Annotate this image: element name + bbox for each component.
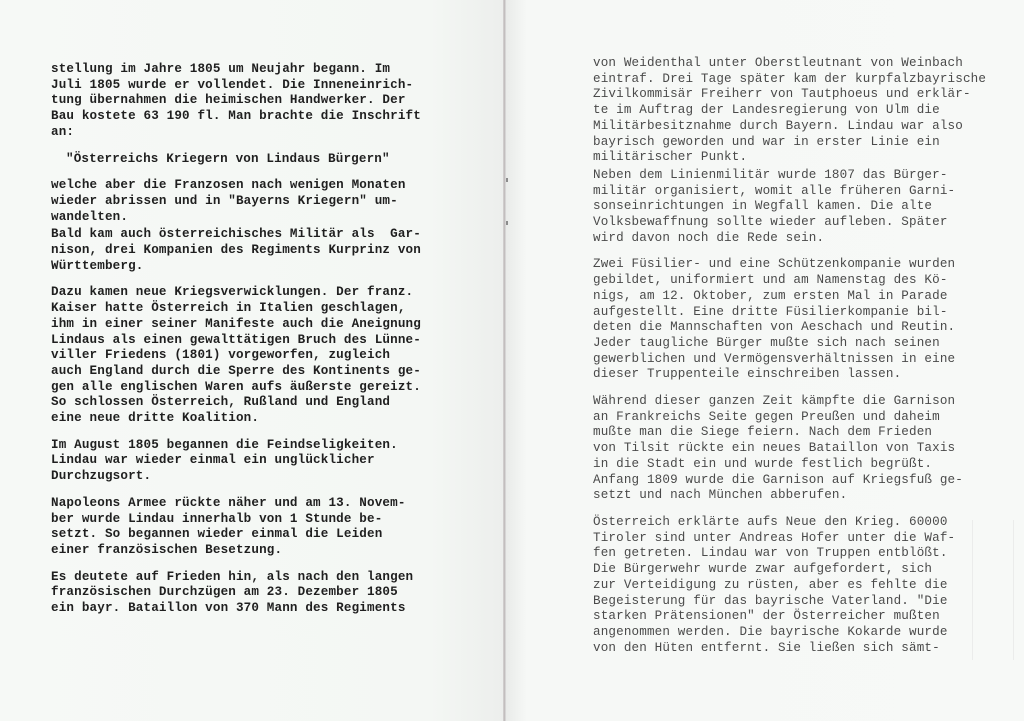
text-line: gebildet, uniformiert und am Namenstag d… [593, 273, 986, 289]
text-line: deten die Mannschaften von Aeschach und … [593, 320, 986, 336]
left-page-text: stellung im Jahre 1805 um Neujahr begann… [51, 62, 421, 628]
text-line: mußte man die Siege feiern. Nach dem Fri… [593, 425, 986, 441]
text-line: setzt und nach München abberufen. [593, 488, 986, 504]
text-line: tung übernahmen die heimischen Handwerke… [51, 93, 421, 109]
staple-mark [506, 221, 508, 225]
text-line: ihm in einer seiner Manifeste auch die A… [51, 317, 421, 333]
text-line: gen alle englischen Waren aufs äußerste … [51, 380, 421, 396]
text-line: Juli 1805 wurde er vollendet. Die Innene… [51, 78, 421, 94]
text-line: Es deutete auf Frieden hin, als nach den… [51, 570, 421, 586]
paragraph: Napoleons Armee rückte näher und am 13. … [51, 496, 421, 559]
text-line: Anfang 1809 wurde die Garnison auf Krieg… [593, 473, 986, 489]
paragraph: Zwei Füsilier- und eine Schützenkompanie… [593, 257, 986, 383]
text-line: gewerblichen und Vermögensverhältnissen … [593, 352, 986, 368]
paragraph: welche aber die Franzosen nach wenigen M… [51, 178, 421, 225]
paragraph: Neben dem Linienmilitär wurde 1807 das B… [593, 168, 986, 247]
text-line: starken Prätensionen" der Österreicher m… [593, 609, 986, 625]
text-line: Zivilkommisär Freiherr von Tautphoeus un… [593, 87, 986, 103]
text-line: wieder abrissen und in "Bayerns Kriegern… [51, 194, 421, 210]
text-line: wird davon noch die Rede sein. [593, 231, 986, 247]
text-line: wandelten. [51, 210, 421, 226]
paragraph: Es deutete auf Frieden hin, als nach den… [51, 570, 421, 617]
text-line: von den Hüten entfernt. Sie ließen sich … [593, 641, 986, 657]
text-line: Österreich erklärte aufs Neue den Krieg.… [593, 515, 986, 531]
text-line: Kaiser hatte Österreich in Italien gesch… [51, 301, 421, 317]
text-line: nison, drei Kompanien des Regiments Kurp… [51, 243, 421, 259]
text-line: Zwei Füsilier- und eine Schützenkompanie… [593, 257, 986, 273]
text-line: eintraf. Drei Tage später kam der kurpfa… [593, 72, 986, 88]
text-line: ein bayr. Bataillon von 370 Mann des Reg… [51, 601, 421, 617]
text-line: Bald kam auch österreichisches Militär a… [51, 227, 421, 243]
text-line: Neben dem Linienmilitär wurde 1807 das B… [593, 168, 986, 184]
text-line: welche aber die Franzosen nach wenigen M… [51, 178, 421, 194]
text-line: Volksbewaffnung sollte wieder aufleben. … [593, 215, 986, 231]
text-line: in die Stadt ein und wurde festlich begr… [593, 457, 986, 473]
staple-mark [506, 178, 508, 182]
text-line: französischen Durchzügen am 23. Dezember… [51, 585, 421, 601]
paragraph: Österreich erklärte aufs Neue den Krieg.… [593, 515, 986, 656]
text-line: Lindaus als einen gewalttätigen Bruch de… [51, 333, 421, 349]
text-line: angenommen werden. Die bayrische Kokarde… [593, 625, 986, 641]
text-line: einer französischen Besetzung. [51, 543, 421, 559]
text-line: militärischer Punkt. [593, 150, 986, 166]
paragraph: von Weidenthal unter Oberstleutnant von … [593, 56, 986, 166]
text-line: Dazu kamen neue Kriegsverwicklungen. Der… [51, 285, 421, 301]
text-line: Begeisterung für das bayrische Vaterland… [593, 594, 986, 610]
text-line: Bau kostete 63 190 fl. Man brachte die I… [51, 109, 421, 125]
text-line: eine neue dritte Koalition. [51, 411, 421, 427]
text-line: Im August 1805 begannen die Feindseligke… [51, 438, 421, 454]
text-line: auch England durch die Sperre des Kontin… [51, 364, 421, 380]
text-line: dieser Truppenteile einschreiben lassen. [593, 367, 986, 383]
paragraph: stellung im Jahre 1805 um Neujahr begann… [51, 62, 421, 141]
text-line: sonseinrichtungen in Wegfall kamen. Die … [593, 199, 986, 215]
paragraph: Dazu kamen neue Kriegsverwicklungen. Der… [51, 285, 421, 426]
text-line: Napoleons Armee rückte näher und am 13. … [51, 496, 421, 512]
text-line: Jeder taugliche Bürger mußte sich nach s… [593, 336, 986, 352]
text-line: Während dieser ganzen Zeit kämpfte die G… [593, 394, 986, 410]
text-line: nigs, am 12. Oktober, zum ersten Mal in … [593, 289, 986, 305]
text-line: Militärbesitznahme durch Bayern. Lindau … [593, 119, 986, 135]
text-line: stellung im Jahre 1805 um Neujahr begann… [51, 62, 421, 78]
paragraph: Im August 1805 begannen die Feindseligke… [51, 438, 421, 485]
text-line: setzt. So begannen wieder einmal die Lei… [51, 527, 421, 543]
text-line: So schlossen Österreich, Rußland und Eng… [51, 395, 421, 411]
text-line: zur Verteidigung zu rüsten, aber es fehl… [593, 578, 986, 594]
text-line: viller Friedens (1801) vorgeworfen, zugl… [51, 348, 421, 364]
paragraph: Bald kam auch österreichisches Militär a… [51, 227, 421, 274]
text-line: Lindau war wieder einmal ein unglücklich… [51, 453, 421, 469]
text-line: von Tilsit rückte ein neues Bataillon vo… [593, 441, 986, 457]
text-line: Die Bürgerwehr wurde zwar aufgefordert, … [593, 562, 986, 578]
text-line: Württemberg. [51, 259, 421, 275]
text-line: aufgestellt. Eine dritte Füsilierkompani… [593, 305, 986, 321]
text-line: ber wurde Lindau innerhalb von 1 Stunde … [51, 512, 421, 528]
text-line: "Österreichs Kriegern von Lindaus Bürger… [66, 152, 421, 168]
text-line: militär organisiert, womit alle früheren… [593, 184, 986, 200]
inscription-quote: "Österreichs Kriegern von Lindaus Bürger… [51, 152, 421, 168]
text-line: bayrisch geworden und war in erster Lini… [593, 135, 986, 151]
text-line: an Frankreichs Seite gegen Preußen und d… [593, 410, 986, 426]
text-line: fen getreten. Lindau war von Truppen ent… [593, 546, 986, 562]
text-line: an: [51, 125, 421, 141]
text-line: te im Auftrag der Landesregierung von Ul… [593, 103, 986, 119]
text-line: von Weidenthal unter Oberstleutnant von … [593, 56, 986, 72]
book-spread: stellung im Jahre 1805 um Neujahr begann… [0, 0, 1024, 721]
paragraph: Während dieser ganzen Zeit kämpfte die G… [593, 394, 986, 504]
text-line: Durchzugsort. [51, 469, 421, 485]
right-page-text: von Weidenthal unter Oberstleutnant von … [593, 56, 986, 667]
book-gutter [503, 0, 506, 721]
text-line: Tiroler sind unter Andreas Hofer unter d… [593, 531, 986, 547]
